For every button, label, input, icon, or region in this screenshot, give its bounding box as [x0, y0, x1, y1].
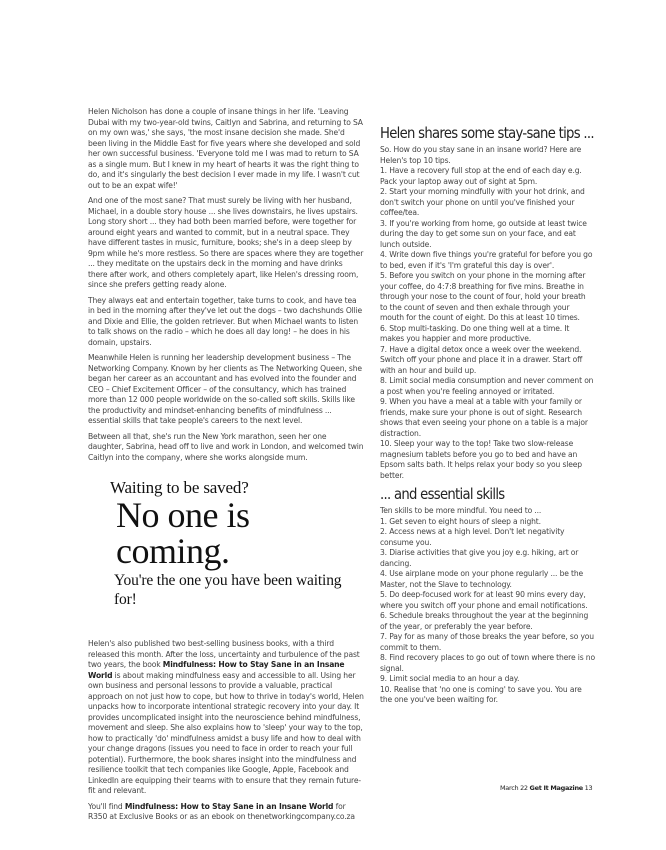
skills-list: Ten skills to be more mindful. You need …: [380, 506, 595, 706]
tip-item: 7. Have a digital detox once a week over…: [380, 345, 595, 377]
skills-heading: ... and essential skills: [380, 485, 569, 503]
skill-item: 8. Find recovery places to go out of tow…: [380, 653, 595, 674]
magazine-name: Get It Magazine: [530, 784, 583, 792]
skill-item: 2. Access news at a high level. Don't le…: [380, 527, 595, 548]
tip-item: 6. Stop multi-tasking. Do one thing well…: [380, 324, 595, 345]
skill-item: 7. Pay for as many of those breaks the y…: [380, 632, 595, 653]
skill-item: 1. Get seven to eight hours of sleep a n…: [380, 517, 595, 528]
skill-item: 5. Do deep-focused work for at least 90 …: [380, 590, 595, 611]
tip-item: 9. When you have a meal at a table with …: [380, 397, 595, 439]
purchase-text-before: You'll find: [88, 802, 125, 811]
page-number: 13: [585, 784, 593, 792]
skill-item: 3. Diarise activities that give you joy …: [380, 548, 595, 569]
purchase-book-title: Mindfulness: How to Stay Sane in an Insa…: [125, 802, 334, 811]
tip-item: 4. Write down five things you're gratefu…: [380, 250, 595, 271]
page-footer: March 22 Get It Magazine 13: [500, 784, 592, 792]
purchase-paragraph: You'll find Mindfulness: How to Stay San…: [88, 802, 364, 823]
tip-item: 2. Start your morning mindfully with you…: [380, 187, 595, 219]
skill-item: 10. Realise that 'no one is coming' to s…: [380, 685, 595, 706]
intro-paragraph: Helen Nicholson has done a couple of ins…: [88, 107, 364, 191]
pull-quote-headline: No one is coming.: [116, 497, 364, 569]
left-column: Helen Nicholson has done a couple of ins…: [88, 107, 364, 828]
skills-intro: Ten skills to be more mindful. You need …: [380, 506, 595, 517]
tips-heading: Helen shares some stay-sane tips ...: [380, 124, 569, 142]
issue-date: March 22: [500, 784, 528, 792]
tip-item: 5. Before you switch on your phone in th…: [380, 271, 595, 324]
pull-quote-subline: You're the one you have been waiting for…: [114, 571, 364, 609]
book-text-after: is about making mindfulness easy and acc…: [88, 671, 364, 796]
pull-quote: Waiting to be saved? No one is coming. Y…: [88, 479, 364, 609]
tips-list: So. How do you stay sane in an insane wo…: [380, 145, 595, 481]
right-column: Helen shares some stay-sane tips ... So.…: [380, 124, 595, 706]
tip-item: 10. Sleep your way to the top! Take two …: [380, 439, 595, 481]
skill-item: 9. Limit social media to an hour a day.: [380, 674, 595, 685]
tip-item: 8. Limit social media consumption and ne…: [380, 376, 595, 397]
book-paragraph: Helen's also published two best-selling …: [88, 639, 364, 797]
tip-item: 1. Have a recovery full stop at the end …: [380, 166, 595, 187]
routine-paragraph: They always eat and entertain together, …: [88, 296, 364, 349]
skill-item: 6. Schedule breaks throughout the year a…: [380, 611, 595, 632]
skill-item: 4. Use airplane mode on your phone regul…: [380, 569, 595, 590]
tip-item: 3. If you're working from home, go outsi…: [380, 219, 595, 251]
business-paragraph: Meanwhile Helen is running her leadershi…: [88, 353, 364, 427]
tips-intro: So. How do you stay sane in an insane wo…: [380, 145, 595, 166]
family-paragraph: Between all that, she's run the New York…: [88, 432, 364, 464]
sane-paragraph: And one of the most sane? That must sure…: [88, 196, 364, 291]
